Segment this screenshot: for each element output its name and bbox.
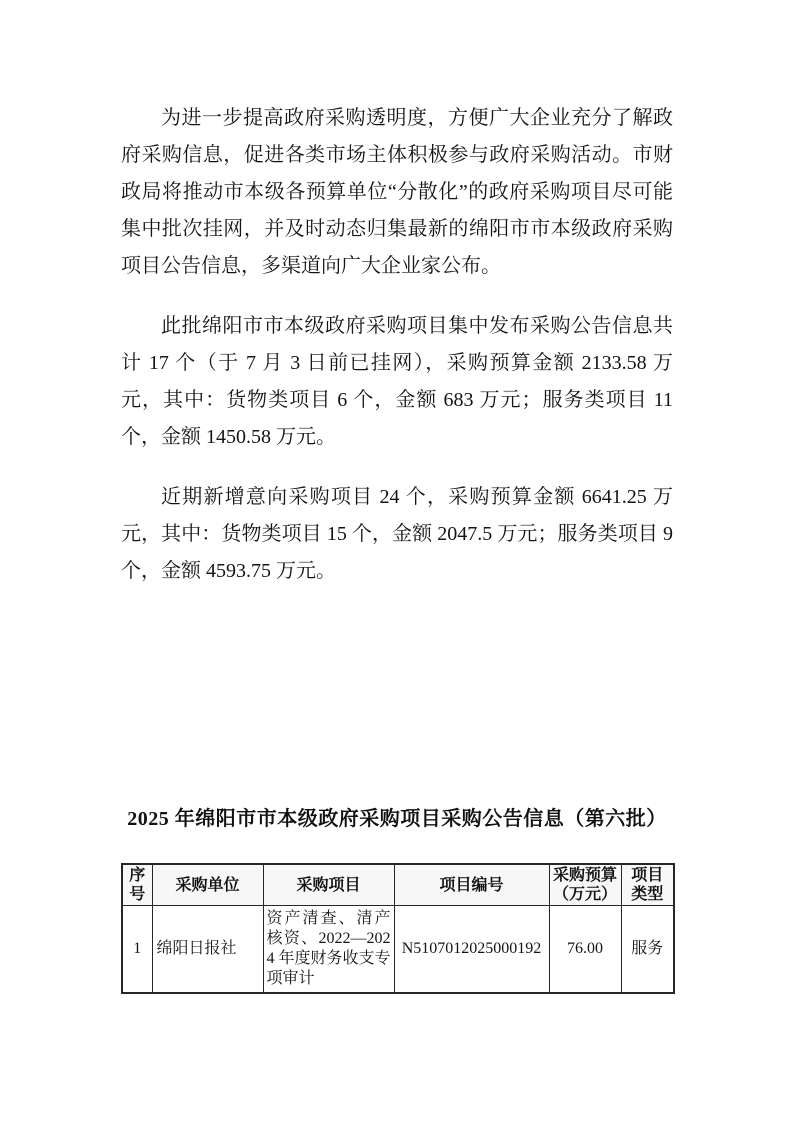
body-paragraph-2: 此批绵阳市市本级政府采购项目集中发布采购公告信息共计 17 个（于 7 月 3 … xyxy=(121,308,673,456)
header-project: 采购项目 xyxy=(263,864,394,906)
table-header-row: 序号 采购单位 采购项目 项目编号 采购预算（万元） 项目类型 xyxy=(122,864,674,906)
header-budget: 采购预算（万元） xyxy=(549,864,621,906)
document-page: 为进一步提高政府采购透明度，方便广大企业充分了解政府采购信息，促进各类市场主体积… xyxy=(0,0,793,1122)
header-type: 项目类型 xyxy=(621,864,674,906)
header-unit: 采购单位 xyxy=(152,864,263,906)
header-seq: 序号 xyxy=(122,864,152,906)
header-code: 项目编号 xyxy=(394,864,549,906)
procurement-table: 序号 采购单位 采购项目 项目编号 采购预算（万元） 项目类型 1 绵阳日报社 … xyxy=(121,863,675,994)
cell-unit: 绵阳日报社 xyxy=(152,906,263,993)
cell-type: 服务 xyxy=(621,906,674,993)
cell-budget: 76.00 xyxy=(549,906,621,993)
table-row: 1 绵阳日报社 资产清查、清产核资、2022—2024 年度财务收支专项审计 N… xyxy=(122,906,674,993)
body-paragraph-3: 近期新增意向采购项目 24 个，采购预算金额 6641.25 万元，其中：货物类… xyxy=(121,479,673,590)
cell-code: N5107012025000192 xyxy=(394,906,549,993)
body-paragraph-1: 为进一步提高政府采购透明度，方便广大企业充分了解政府采购信息，促进各类市场主体积… xyxy=(121,100,673,285)
cell-seq: 1 xyxy=(122,906,152,993)
cell-project: 资产清查、清产核资、2022—2024 年度财务收支专项审计 xyxy=(263,906,394,993)
table-title: 2025 年绵阳市市本级政府采购项目采购公告信息（第六批） xyxy=(121,805,673,833)
